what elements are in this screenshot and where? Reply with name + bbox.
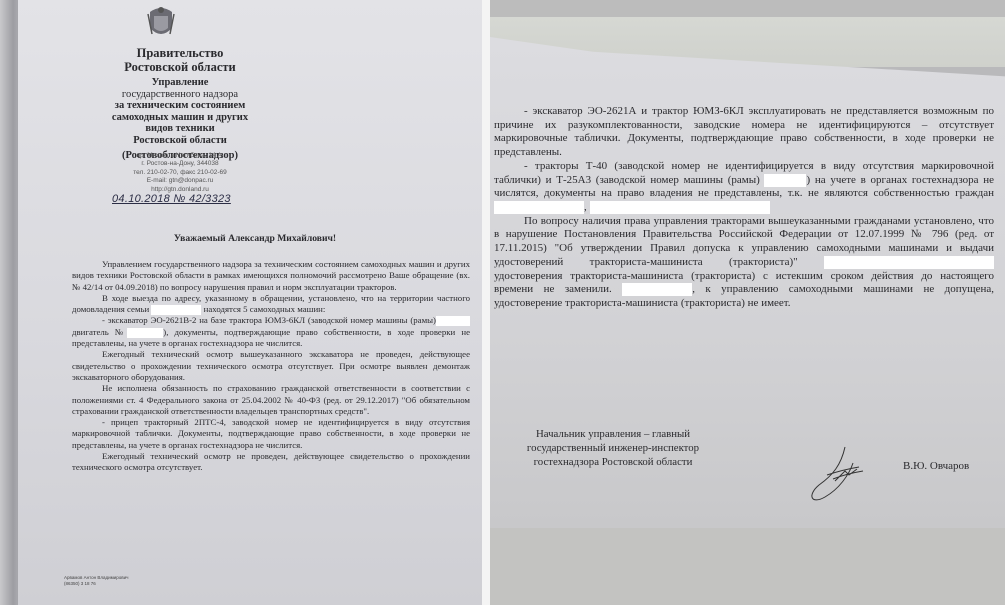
paragraph: - экскаватор ЭО-2621В-2 на базе трактора… (72, 315, 470, 349)
redaction (590, 201, 770, 214)
department-line: самоходных машин и других (80, 112, 280, 124)
coat-of-arms-icon (146, 4, 176, 42)
signatory-title-line: Начальник управления – главный (503, 428, 723, 442)
redaction (151, 305, 201, 315)
signatory-title-line: государственный инженер-инспектор (503, 442, 723, 456)
registration-number: 04.10.2018 № 42/3323 (112, 193, 231, 205)
department-line: видов техники (80, 123, 280, 135)
department-line: Управление (80, 77, 280, 89)
address-line: тел. 210-02-70, факс 210-02-69 (80, 169, 280, 177)
photo-background (490, 0, 1005, 18)
redaction (622, 283, 692, 296)
executor-phone: (86350) 3 18 76 (64, 581, 128, 587)
department-line: государственного надзора (80, 89, 280, 101)
paragraph: - тракторы Т-40 (заводской номер не иден… (494, 160, 994, 215)
department-line: Ростовской области (80, 135, 280, 147)
paragraph: Ежегодный технический осмотр вышеуказанн… (72, 349, 470, 383)
paragraph-text: находятся 5 самоходных машин: (204, 304, 326, 314)
paragraph-text: двигатель № (72, 327, 127, 337)
signatory-name: В.Ю. Овчаров (903, 460, 969, 472)
letter-body-page-2: - экскаватор ЭО-2621А и трактор ЮМЗ-6КЛ … (494, 105, 994, 311)
redaction (436, 316, 470, 326)
address-line: пр. Михаила Нагибина, 14 А, (80, 152, 280, 160)
redaction (824, 256, 994, 269)
address-block: пр. Михаила Нагибина, 14 А, г. Ростов-на… (80, 152, 280, 194)
email-line: E-mail: gtn@donpac.ru (80, 177, 280, 185)
salutation: Уважаемый Александр Михайлович! (30, 233, 480, 244)
paragraph: Управлением государственного надзора за … (72, 259, 470, 293)
signature-icon (805, 445, 880, 505)
redaction (764, 174, 806, 187)
executor-info: Арвамов Антон Владимирович (86350) 3 18 … (64, 575, 128, 587)
paragraph: - прицеп тракторный 2ПТС-4, заводской но… (72, 417, 470, 451)
government-line: Ростовской области (80, 61, 280, 75)
department-title: Управление государственного надзора за т… (80, 77, 280, 162)
signatory-title: Начальник управления – главный государст… (503, 428, 723, 469)
department-line: за техническим состоянием (80, 100, 280, 112)
paragraph: Ежегодный технический осмотр не проведен… (72, 451, 470, 474)
paragraph: Не исполнена обязанность по страхованию … (72, 383, 470, 417)
photo-background (490, 528, 1005, 605)
paragraph: В ходе выезда по адресу, указанному в об… (72, 293, 470, 316)
redaction (494, 201, 584, 214)
paragraph-text: - экскаватор ЭО-2621В-2 на базе трактора… (102, 315, 436, 325)
paragraph: По вопросу наличия права управления трак… (494, 215, 994, 311)
page-divider (482, 0, 490, 605)
address-line: г. Ростов-на-Дону, 344038 (80, 160, 280, 168)
redaction (127, 328, 163, 338)
government-line: Правительство (80, 47, 280, 61)
government-title: Правительство Ростовской области (80, 47, 280, 75)
paragraph: - экскаватор ЭО-2621А и трактор ЮМЗ-6КЛ … (494, 105, 994, 160)
signatory-title-line: гостехнадзора Ростовской области (503, 456, 723, 470)
letter-body-page-1: Управлением государственного надзора за … (72, 259, 470, 474)
